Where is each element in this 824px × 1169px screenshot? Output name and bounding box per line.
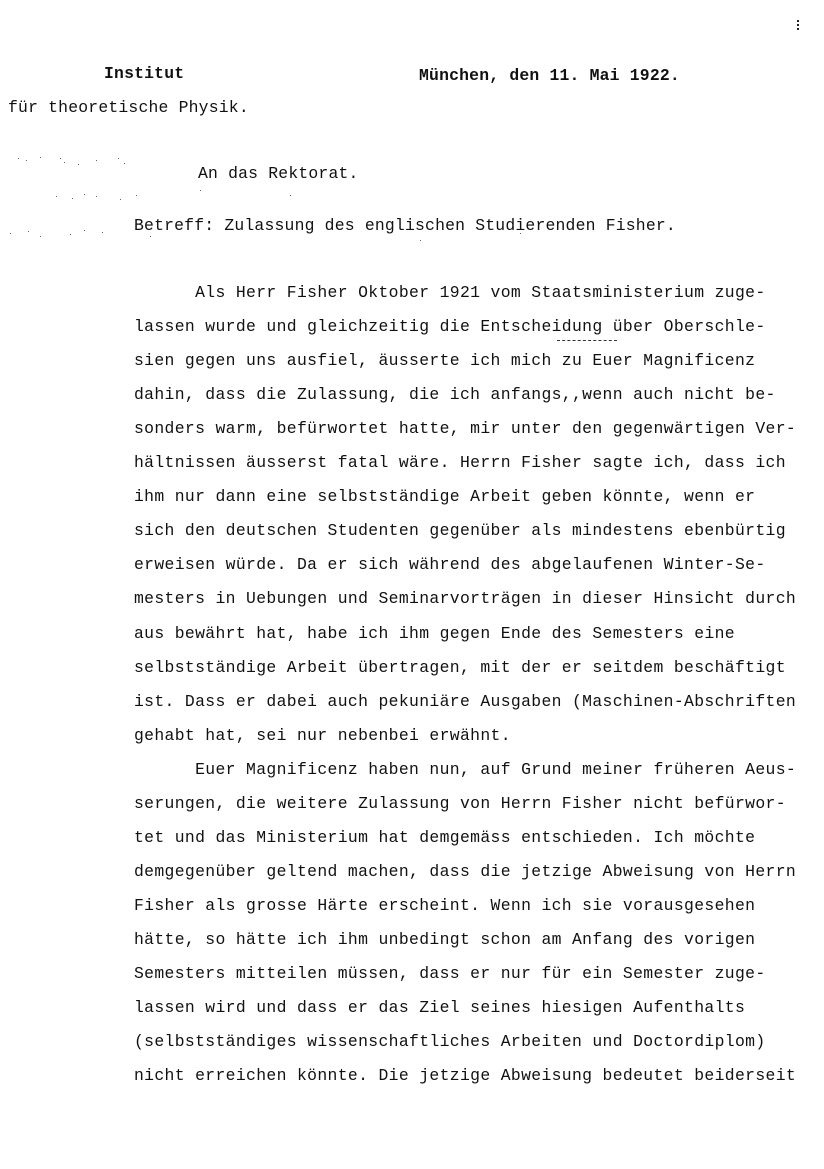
body-line: lassen wurde und gleichzeitig die Entsch… — [134, 317, 766, 336]
body-line: mesters in Uebungen und Seminarvorträgen… — [134, 589, 796, 608]
body-line: sonders warm, befürwortet hatte, mir unt… — [134, 419, 796, 438]
letterhead-place-date: München, den 11. Mai 1922. — [419, 66, 680, 86]
scan-speckle — [10, 233, 11, 234]
scan-speckle — [60, 158, 61, 159]
body-line: Fisher als grosse Härte erscheint. Wenn … — [134, 896, 755, 915]
scan-speckle — [120, 199, 121, 200]
scan-speckle — [84, 194, 85, 195]
body-line: erweisen würde. Da er sich während des a… — [134, 555, 766, 574]
scan-speckle — [18, 158, 19, 159]
body-line: hältnissen äusserst fatal wäre. Herrn Fi… — [134, 453, 786, 472]
scan-speckle — [72, 198, 73, 199]
body-line: dahin, dass die Zulassung, die ich anfan… — [134, 385, 776, 404]
scan-speckle — [26, 160, 27, 161]
body-line: ist. Dass er dabei auch pekuniäre Ausgab… — [134, 692, 796, 711]
scan-speckle — [96, 160, 97, 161]
scan-speckle — [78, 164, 79, 165]
body-line: lassen wird und dass er das Ziel seines … — [134, 998, 745, 1017]
corner-mark — [797, 20, 799, 30]
scan-speckle — [102, 232, 103, 233]
letterhead-institution-line1: Institut — [104, 64, 184, 84]
body-line: nicht erreichen könnte. Die jetzige Abwe… — [134, 1066, 796, 1085]
scan-speckle — [136, 195, 137, 196]
subject-line: Betreff: Zulassung des englischen Studie… — [134, 216, 676, 236]
scan-speckle — [28, 231, 29, 232]
body-line: Semesters mitteilen müssen, dass er nur … — [134, 964, 766, 983]
body-line: gehabt hat, sei nur nebenbei erwähnt. — [134, 726, 511, 745]
body-line: Als Herr Fisher Oktober 1921 vom Staatsm… — [134, 283, 766, 302]
scan-speckle — [520, 233, 521, 234]
scan-speckle — [70, 234, 71, 235]
scan-speckle — [420, 240, 421, 241]
scan-speckle — [150, 236, 151, 237]
body-line: demgegenüber geltend machen, dass die je… — [134, 862, 796, 881]
body-line: sich den deutschen Studenten gegenüber a… — [134, 521, 786, 540]
body-line: (selbstständiges wissenschaftliches Arbe… — [134, 1032, 766, 1051]
scan-speckle — [56, 196, 57, 197]
body-line: ihm nur dann eine selbstständige Arbeit … — [134, 487, 755, 506]
body-line: Euer Magnificenz haben nun, auf Grund me… — [134, 760, 796, 779]
scan-speckle — [40, 236, 41, 237]
scan-speckle — [64, 162, 65, 163]
scan-speckle — [124, 163, 125, 164]
scan-speckle — [96, 196, 97, 197]
addressee: An das Rektorat. — [198, 164, 359, 184]
scan-speckle — [40, 157, 41, 158]
letter-page: Institut München, den 11. Mai 1922. für … — [0, 0, 824, 1169]
body-line: serungen, die weitere Zulassung von Herr… — [134, 794, 786, 813]
body-line: selbstständige Arbeit übertragen, mit de… — [134, 658, 786, 677]
scan-speckle — [290, 195, 291, 196]
body-line: tet und das Ministerium hat demgemäss en… — [134, 828, 755, 847]
scan-speckle — [118, 158, 119, 159]
scan-speckle — [84, 230, 85, 231]
handwritten-underline — [557, 340, 617, 342]
body-line: aus bewährt hat, habe ich ihm gegen Ende… — [134, 624, 735, 643]
letterhead-institution-line2: für theoretische Physik. — [8, 98, 249, 118]
body-line: hätte, so hätte ich ihm unbedingt schon … — [134, 930, 755, 949]
scan-speckle — [200, 190, 201, 191]
body-line: sien gegen uns ausfiel, äusserte ich mic… — [134, 351, 755, 370]
